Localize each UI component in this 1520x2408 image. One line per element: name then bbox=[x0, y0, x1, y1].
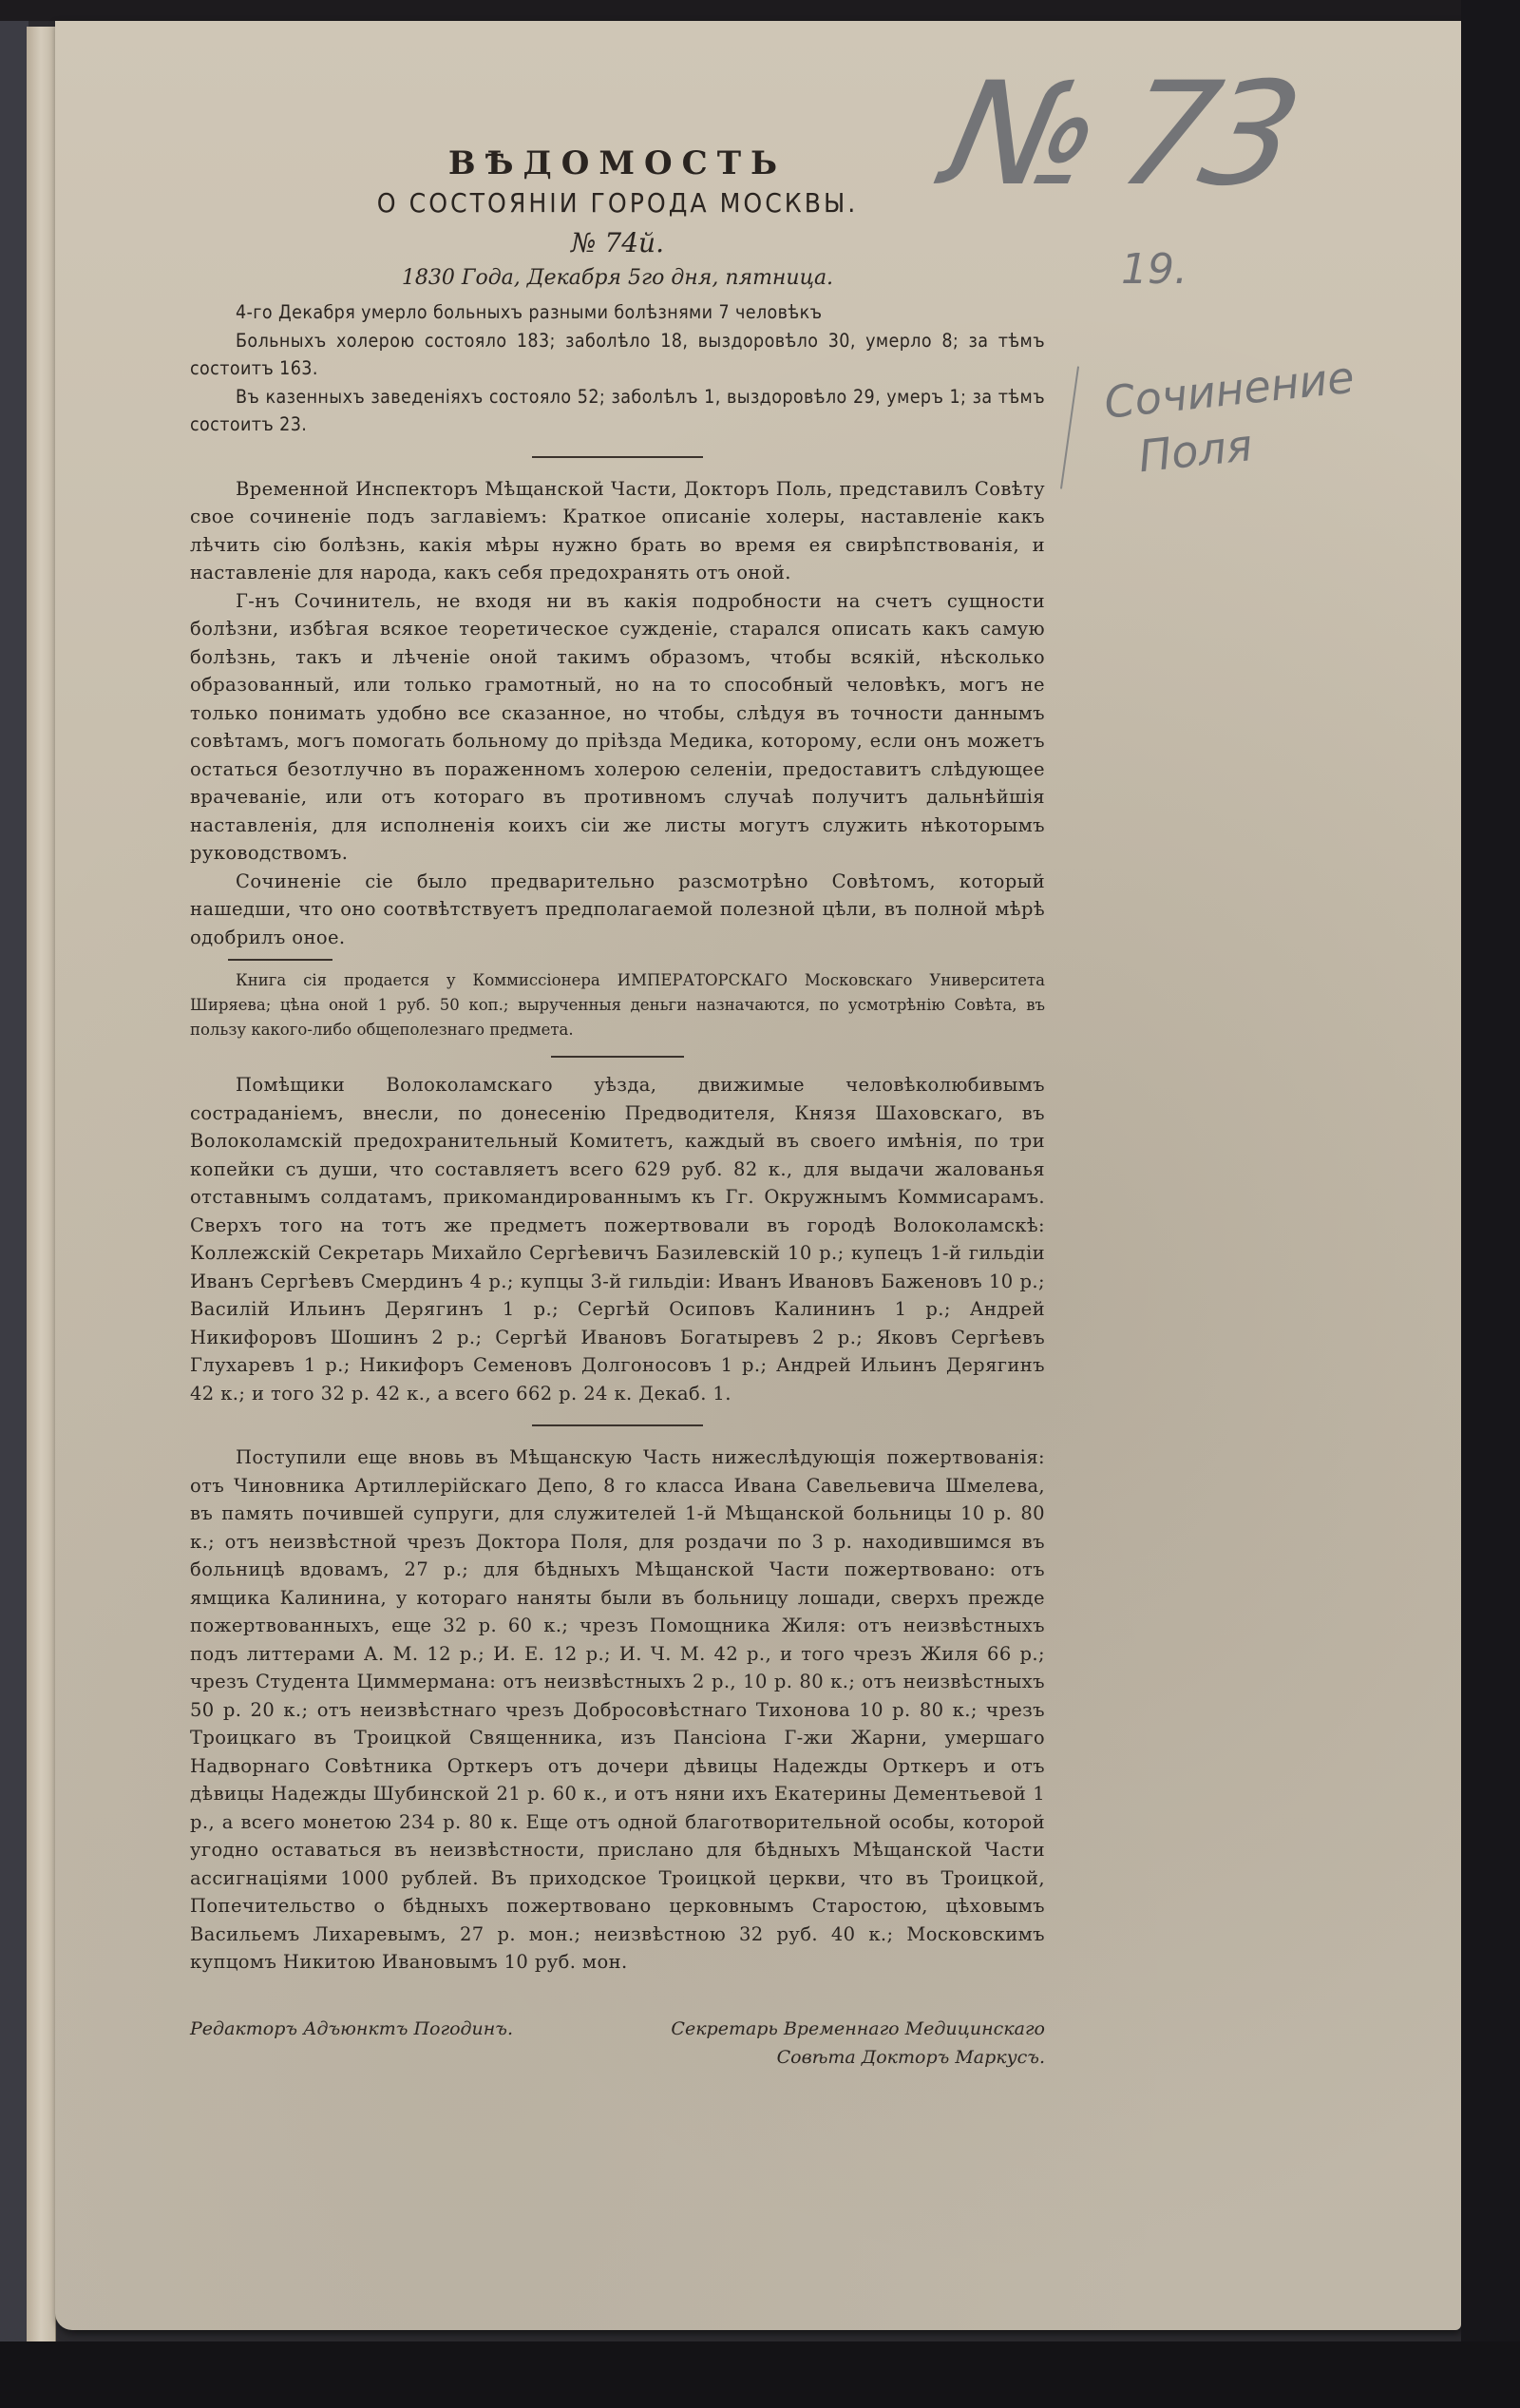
article-cholera-essay: Временной Инспекторъ Мѣщанской Части, До… bbox=[190, 475, 1045, 952]
article-paragraph: Временной Инспекторъ Мѣщанской Части, До… bbox=[190, 475, 1045, 587]
signatures: Редакторъ Адъюнктъ Погодинъ. Секретарь В… bbox=[190, 2015, 1045, 2072]
editor-signature: Редакторъ Адъюнктъ Погодинъ. bbox=[190, 2015, 513, 2072]
article-paragraph: Г-нъ Сочинитель, не входя ни въ какія по… bbox=[190, 587, 1045, 868]
article-paragraph: Сочиненіе сіе было предварительно разсмо… bbox=[190, 868, 1045, 952]
handwritten-page-number: 19. bbox=[1121, 245, 1187, 294]
divider bbox=[532, 456, 703, 458]
report-line: 4-го Декабря умерло больныхъ разными бол… bbox=[190, 298, 1045, 327]
donations-volokolamsk: Помѣщики Волоколамскаго уѣзда, движимые … bbox=[190, 1071, 1045, 1407]
dateline: 1830 Года, Декабря 5го дня, пятница. bbox=[190, 264, 1045, 293]
divider bbox=[551, 1056, 684, 1058]
report-line: Больныхъ холерою состояло 183; заболѣло … bbox=[190, 327, 1045, 383]
donations-meshchanskaya: Поступили еще вновь въ Мѣщанскую Часть н… bbox=[190, 1443, 1045, 1977]
issue-number: № 74й. bbox=[190, 226, 1045, 260]
background-top bbox=[0, 0, 1520, 21]
page-title: ВѢДОМОСТЬ bbox=[190, 143, 1045, 184]
divider bbox=[532, 1424, 703, 1426]
report-line: Въ казенныхъ заведеніяхъ состояло 52; за… bbox=[190, 383, 1045, 439]
background-left bbox=[0, 0, 28, 2408]
masthead: ВѢДОМОСТЬ О СОСТОЯНІИ ГОРОДА МОСКВЫ. № 7… bbox=[190, 143, 1045, 293]
background-bottom bbox=[0, 2341, 1520, 2408]
book-sale-notice: Книга сія продается у Коммиссіонера ИМПЕ… bbox=[190, 968, 1045, 1042]
page-content: ВѢДОМОСТЬ О СОСТОЯНІИ ГОРОДА МОСКВЫ. № 7… bbox=[190, 143, 1045, 2072]
daily-report: 4-го Декабря умерло больныхъ разными бол… bbox=[190, 298, 1045, 439]
page-subtitle: О СОСТОЯНІИ ГОРОДА МОСКВЫ. bbox=[190, 184, 1045, 222]
secretary-signature: Секретарь Временнаго Медицинскаго Совѣта… bbox=[598, 2015, 1045, 2072]
divider bbox=[228, 959, 332, 961]
background-right bbox=[1461, 0, 1520, 2408]
adjacent-page-edge bbox=[27, 27, 56, 2345]
